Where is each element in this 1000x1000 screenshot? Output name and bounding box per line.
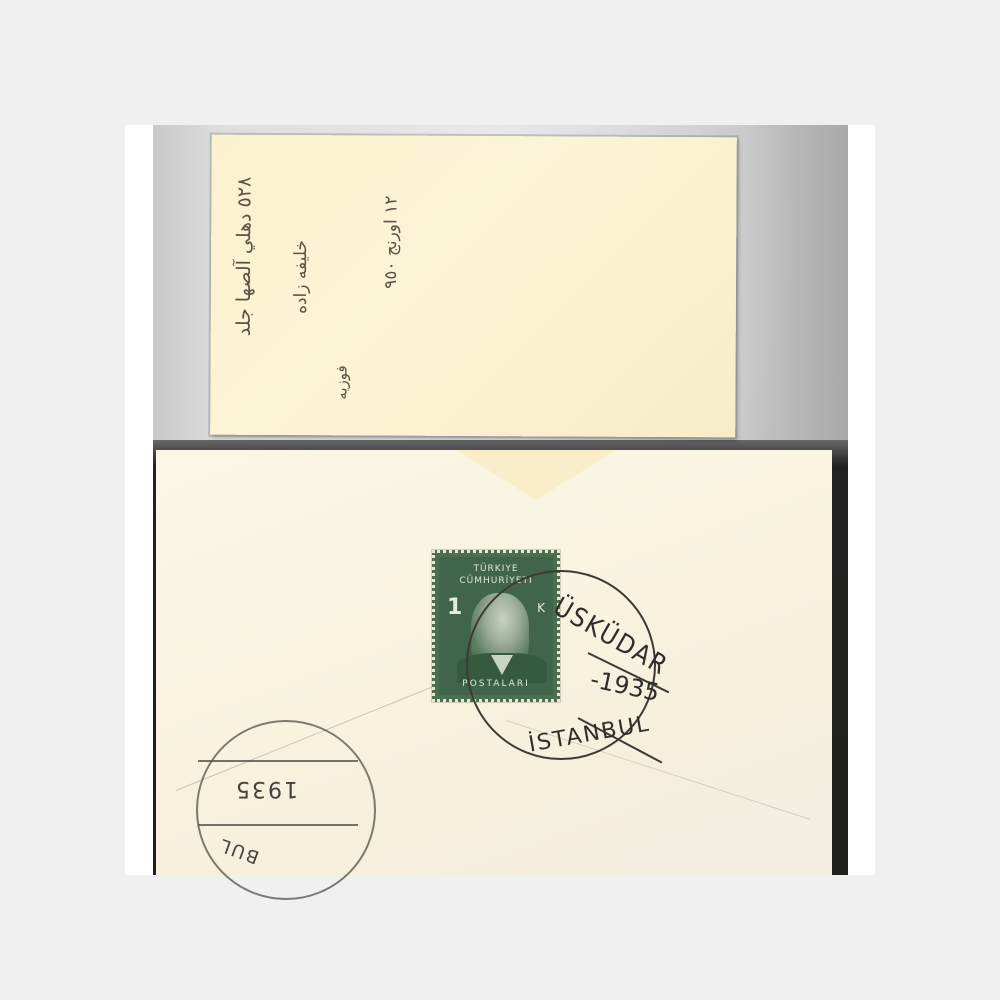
card-signature: خليفه زاده [291, 240, 311, 314]
card-line: فوزيه [332, 365, 350, 399]
envelope-flap [456, 450, 616, 500]
secondary-postmark-date: 1935 [234, 776, 298, 801]
postmark-city-bottom: İSTANBUL [527, 711, 653, 757]
handwritten-card: ٥٢٨ دهلي آلصها جلد خليفه زاده ١٢ اورنج ٩… [210, 135, 737, 438]
main-postmark: ÜSKÜDAR -1935 İSTANBUL [466, 570, 656, 760]
card-line: ١٢ اورنج ٩٥٠ [381, 196, 401, 289]
card-line: ٥٢٨ دهلي آلصها جلد [233, 177, 256, 337]
envelope: 1935 BUL TÜRKIYE CÜMHURİYETİ 1 K POSTALA… [156, 450, 832, 875]
stamp-value: 1 [447, 595, 462, 620]
